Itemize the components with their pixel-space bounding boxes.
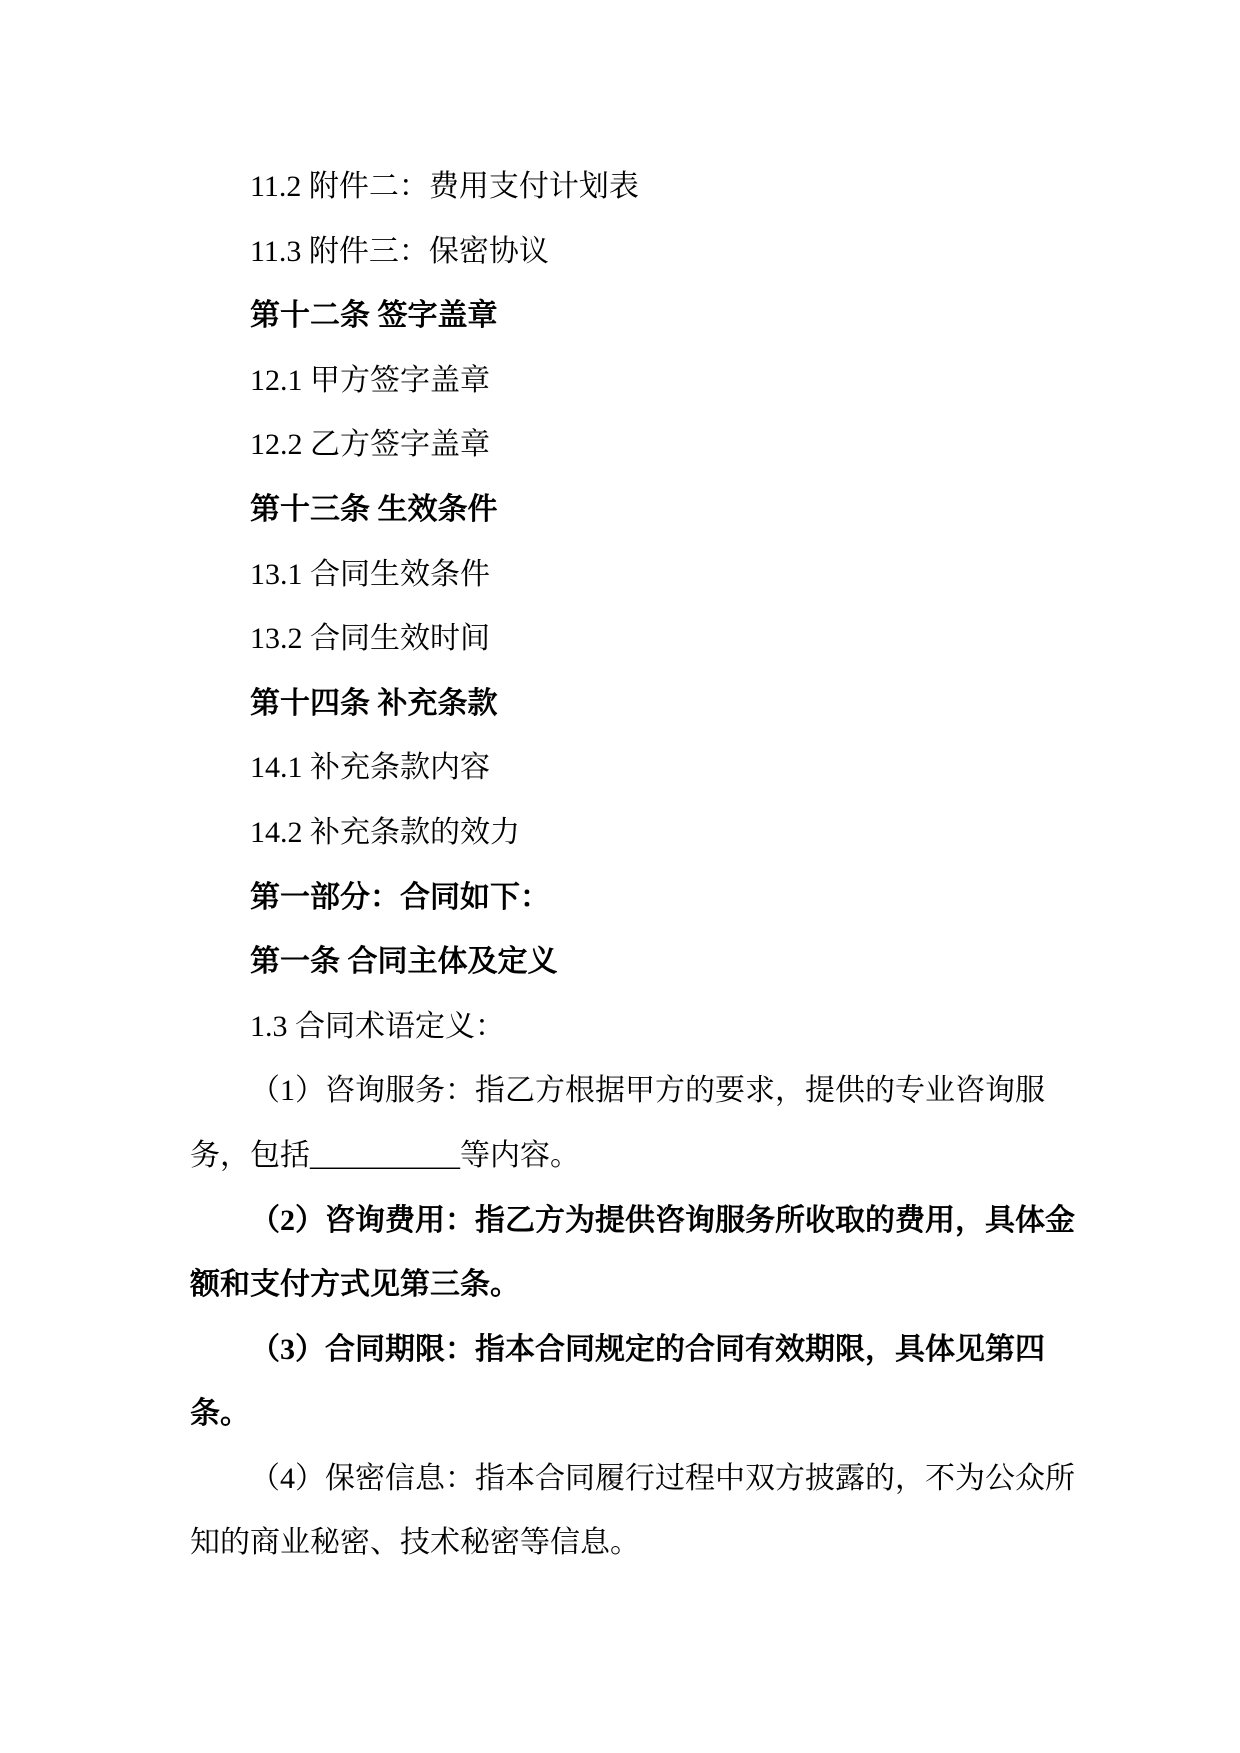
clause-item-12-1: 12.1 甲方签字盖章 [190, 349, 1060, 414]
definition-2-line-2: 额和支付方式见第三条。 [190, 1253, 1060, 1318]
definition-3-line-1: （3）合同期限：指本合同规定的合同有效期限，具体见第四 [190, 1318, 1060, 1383]
clause-item-13-1: 13.1 合同生效条件 [190, 543, 1060, 608]
section-heading-article-14: 第十四条 补充条款 [190, 672, 1060, 737]
section-heading-article-1: 第一条 合同主体及定义 [190, 930, 1060, 995]
section-heading-part-1: 第一部分：合同如下： [190, 866, 1060, 931]
clause-item-12-2: 12.2 乙方签字盖章 [190, 413, 1060, 478]
section-heading-article-13: 第十三条 生效条件 [190, 478, 1060, 543]
clause-item-11-3: 11.3 附件三：保密协议 [190, 220, 1060, 285]
definition-3-line-2: 条。 [190, 1382, 1060, 1447]
definition-1-line-1: （1）咨询服务：指乙方根据甲方的要求，提供的专业咨询服 [190, 1059, 1060, 1124]
clause-item-11-2: 11.2 附件二：费用支付计划表 [190, 155, 1060, 220]
definition-2-line-1: （2）咨询费用：指乙方为提供咨询服务所收取的费用，具体金 [190, 1189, 1060, 1254]
document-page: 11.2 附件二：费用支付计划表 11.3 附件三：保密协议 第十二条 签字盖章… [0, 0, 1240, 1753]
definition-1-line-2-with-blank: 务，包括__________等内容。 [190, 1124, 1060, 1189]
definition-4-line-1: （4）保密信息：指本合同履行过程中双方披露的，不为公众所 [190, 1447, 1060, 1512]
definition-4-line-2: 知的商业秘密、技术秘密等信息。 [190, 1511, 1060, 1576]
clause-item-1-3: 1.3 合同术语定义： [190, 995, 1060, 1060]
clause-item-14-1: 14.1 补充条款内容 [190, 736, 1060, 801]
clause-item-14-2: 14.2 补充条款的效力 [190, 801, 1060, 866]
contract-body: 11.2 附件二：费用支付计划表 11.3 附件三：保密协议 第十二条 签字盖章… [190, 155, 1060, 1576]
clause-item-13-2: 13.2 合同生效时间 [190, 607, 1060, 672]
section-heading-article-12: 第十二条 签字盖章 [190, 284, 1060, 349]
